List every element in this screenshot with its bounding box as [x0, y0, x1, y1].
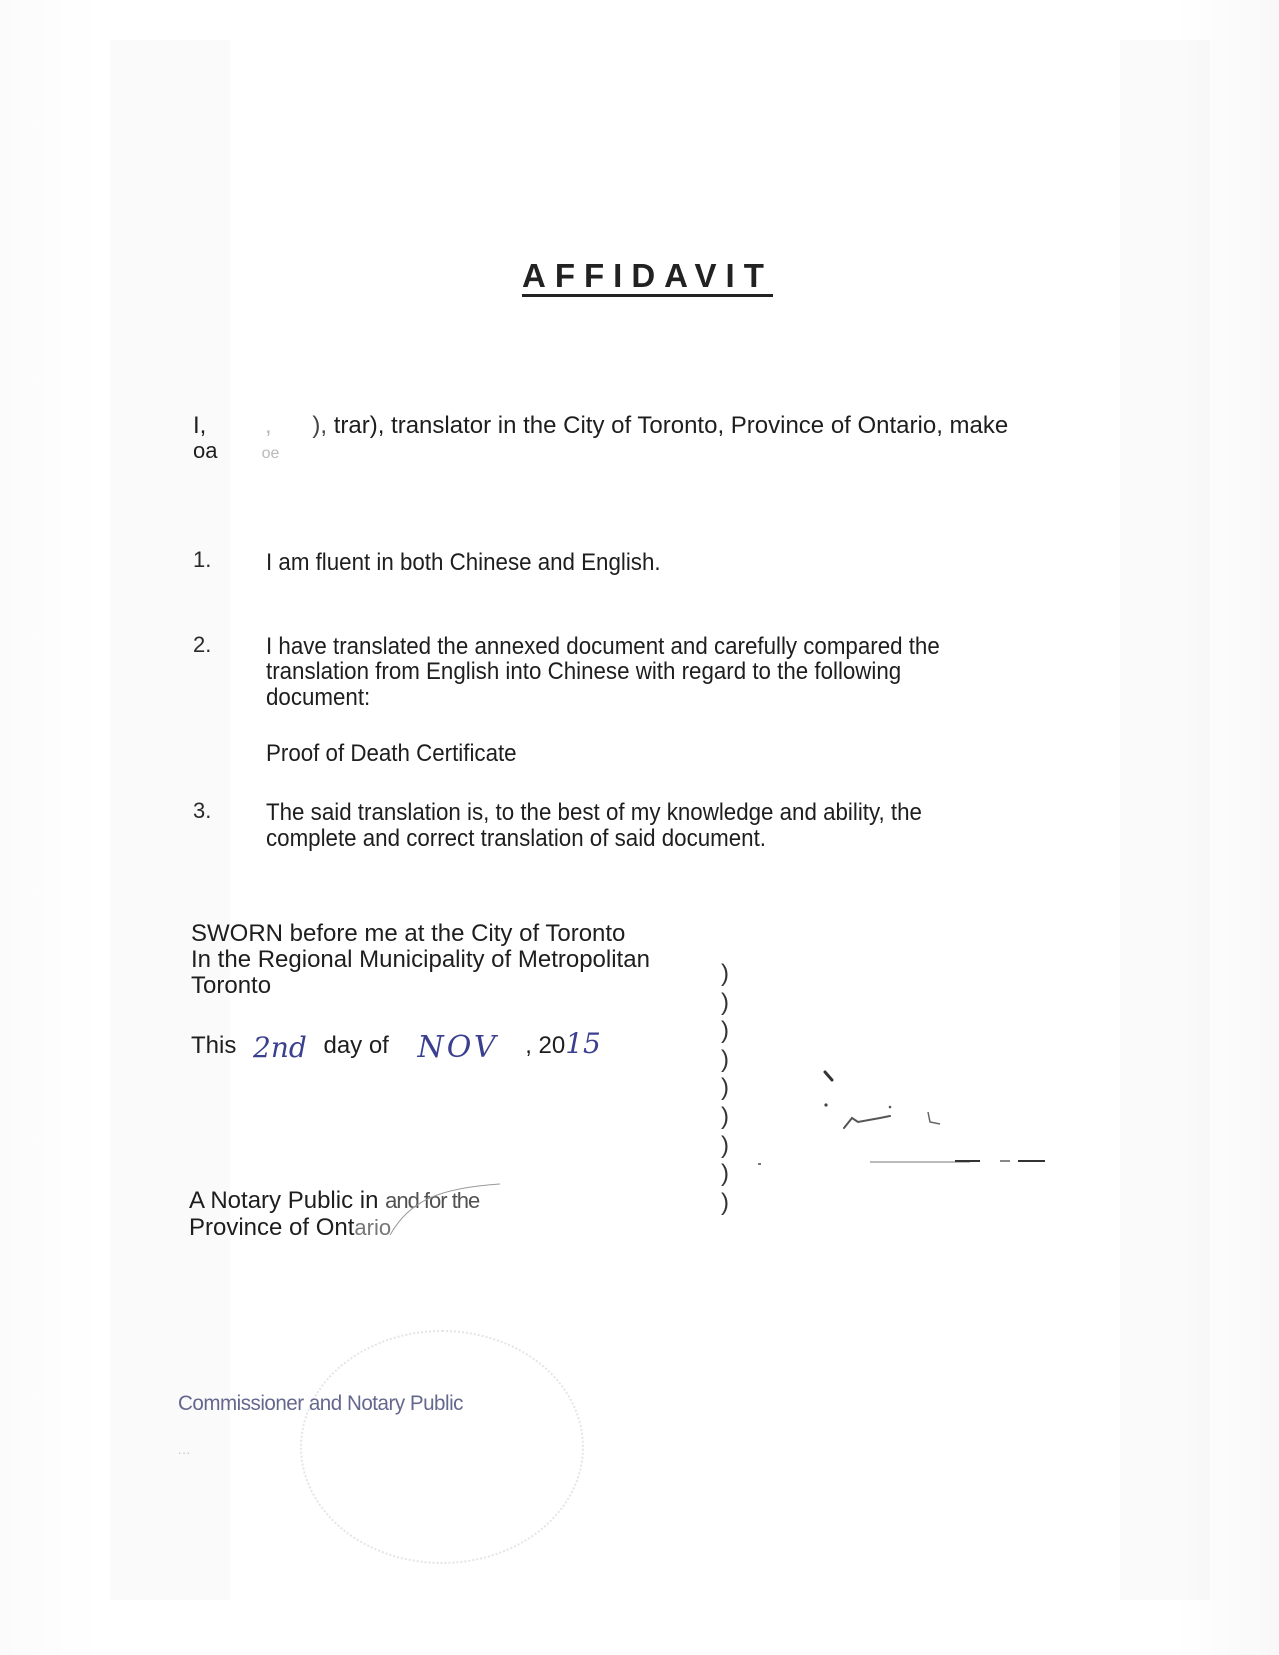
redacted-name-2: ), — [312, 412, 327, 439]
parenthesis: ) — [715, 1017, 735, 1046]
jurat-line-3: Toronto — [191, 972, 271, 999]
parenthesis: ) — [715, 1074, 735, 1103]
date-prefix: This — [191, 1032, 236, 1059]
notary-signature-stroke — [380, 1180, 520, 1240]
jurat-line-1: SWORN before me at the City of Toronto — [191, 920, 625, 947]
parenthesis: ) — [715, 1132, 735, 1161]
parenthesis: ) — [715, 960, 735, 989]
parenthesis: ) — [715, 989, 735, 1018]
item-3-line-1: The said translation is, to the best of … — [266, 799, 922, 827]
year-prefix: , 20 — [525, 1032, 565, 1059]
item-number-2: 2. — [193, 632, 211, 658]
scan-artifact — [110, 40, 230, 1600]
document-title: AFFIDAVIT — [522, 258, 773, 297]
intro-prefix: I, — [193, 412, 206, 439]
item-2-line-3: document: — [266, 684, 370, 712]
stamp-text-line-2: ... — [178, 1443, 191, 1457]
document-page: AFFIDAVIT I, , ), trar), translator in t… — [0, 0, 1279, 1655]
jurat-date-line: This 2nd day of NOV , 2015 — [191, 1030, 601, 1059]
intro-text: translator in the City of Toronto, Provi… — [391, 412, 1008, 439]
parenthesis: ) — [715, 1046, 735, 1075]
intro-line-2: oa oe — [193, 437, 279, 467]
notary-line2-printed: Province of Ont — [189, 1214, 354, 1241]
signature-line — [955, 1160, 980, 1162]
signature-line — [1000, 1160, 1010, 1162]
day-label: day of — [323, 1032, 388, 1059]
jurat-line-2: In the Regional Municipality of Metropol… — [191, 946, 650, 973]
notary-seal — [300, 1330, 584, 1564]
item-1-text: I am fluent in both Chinese and English. — [266, 549, 661, 577]
notary-line1-printed: A Notary Public in — [189, 1187, 378, 1214]
parenthesis: ) — [715, 1189, 735, 1218]
handwritten-day: 2nd — [253, 1031, 307, 1064]
item-2-line-2: translation from English into Chinese wi… — [266, 658, 901, 686]
stamp-text-line-1: Commissioner and Notary Public — [178, 1392, 463, 1416]
document-name: Proof of Death Certificate — [266, 740, 517, 768]
handwritten-month: NOV — [418, 1030, 499, 1065]
signature-line — [1018, 1160, 1045, 1162]
item-3-line-2: complete and correct translation of said… — [266, 825, 766, 853]
parenthesis: ) — [715, 1160, 735, 1189]
intro-line2-start: oa — [193, 438, 217, 463]
scan-artifact — [1120, 40, 1210, 1600]
scan-dot — [758, 1163, 761, 1165]
intro-line-1: I, , ), trar), translator in the City of… — [193, 412, 1008, 439]
item-number-3: 3. — [193, 798, 211, 824]
item-2-line-1: I have translated the annexed document a… — [266, 633, 940, 661]
item-number-1: 1. — [193, 547, 211, 573]
handwritten-year: 15 — [565, 1027, 601, 1060]
redacted-name-1: , — [265, 412, 272, 439]
notary-line-2: Province of Ontario — [189, 1214, 391, 1241]
intro-line2-faded: oe — [262, 445, 280, 462]
parenthesis-column: ) ) ) ) ) ) ) ) ) — [715, 960, 735, 1217]
parenthesis: ) — [715, 1103, 735, 1132]
intro-fragment: trar), — [334, 412, 385, 439]
